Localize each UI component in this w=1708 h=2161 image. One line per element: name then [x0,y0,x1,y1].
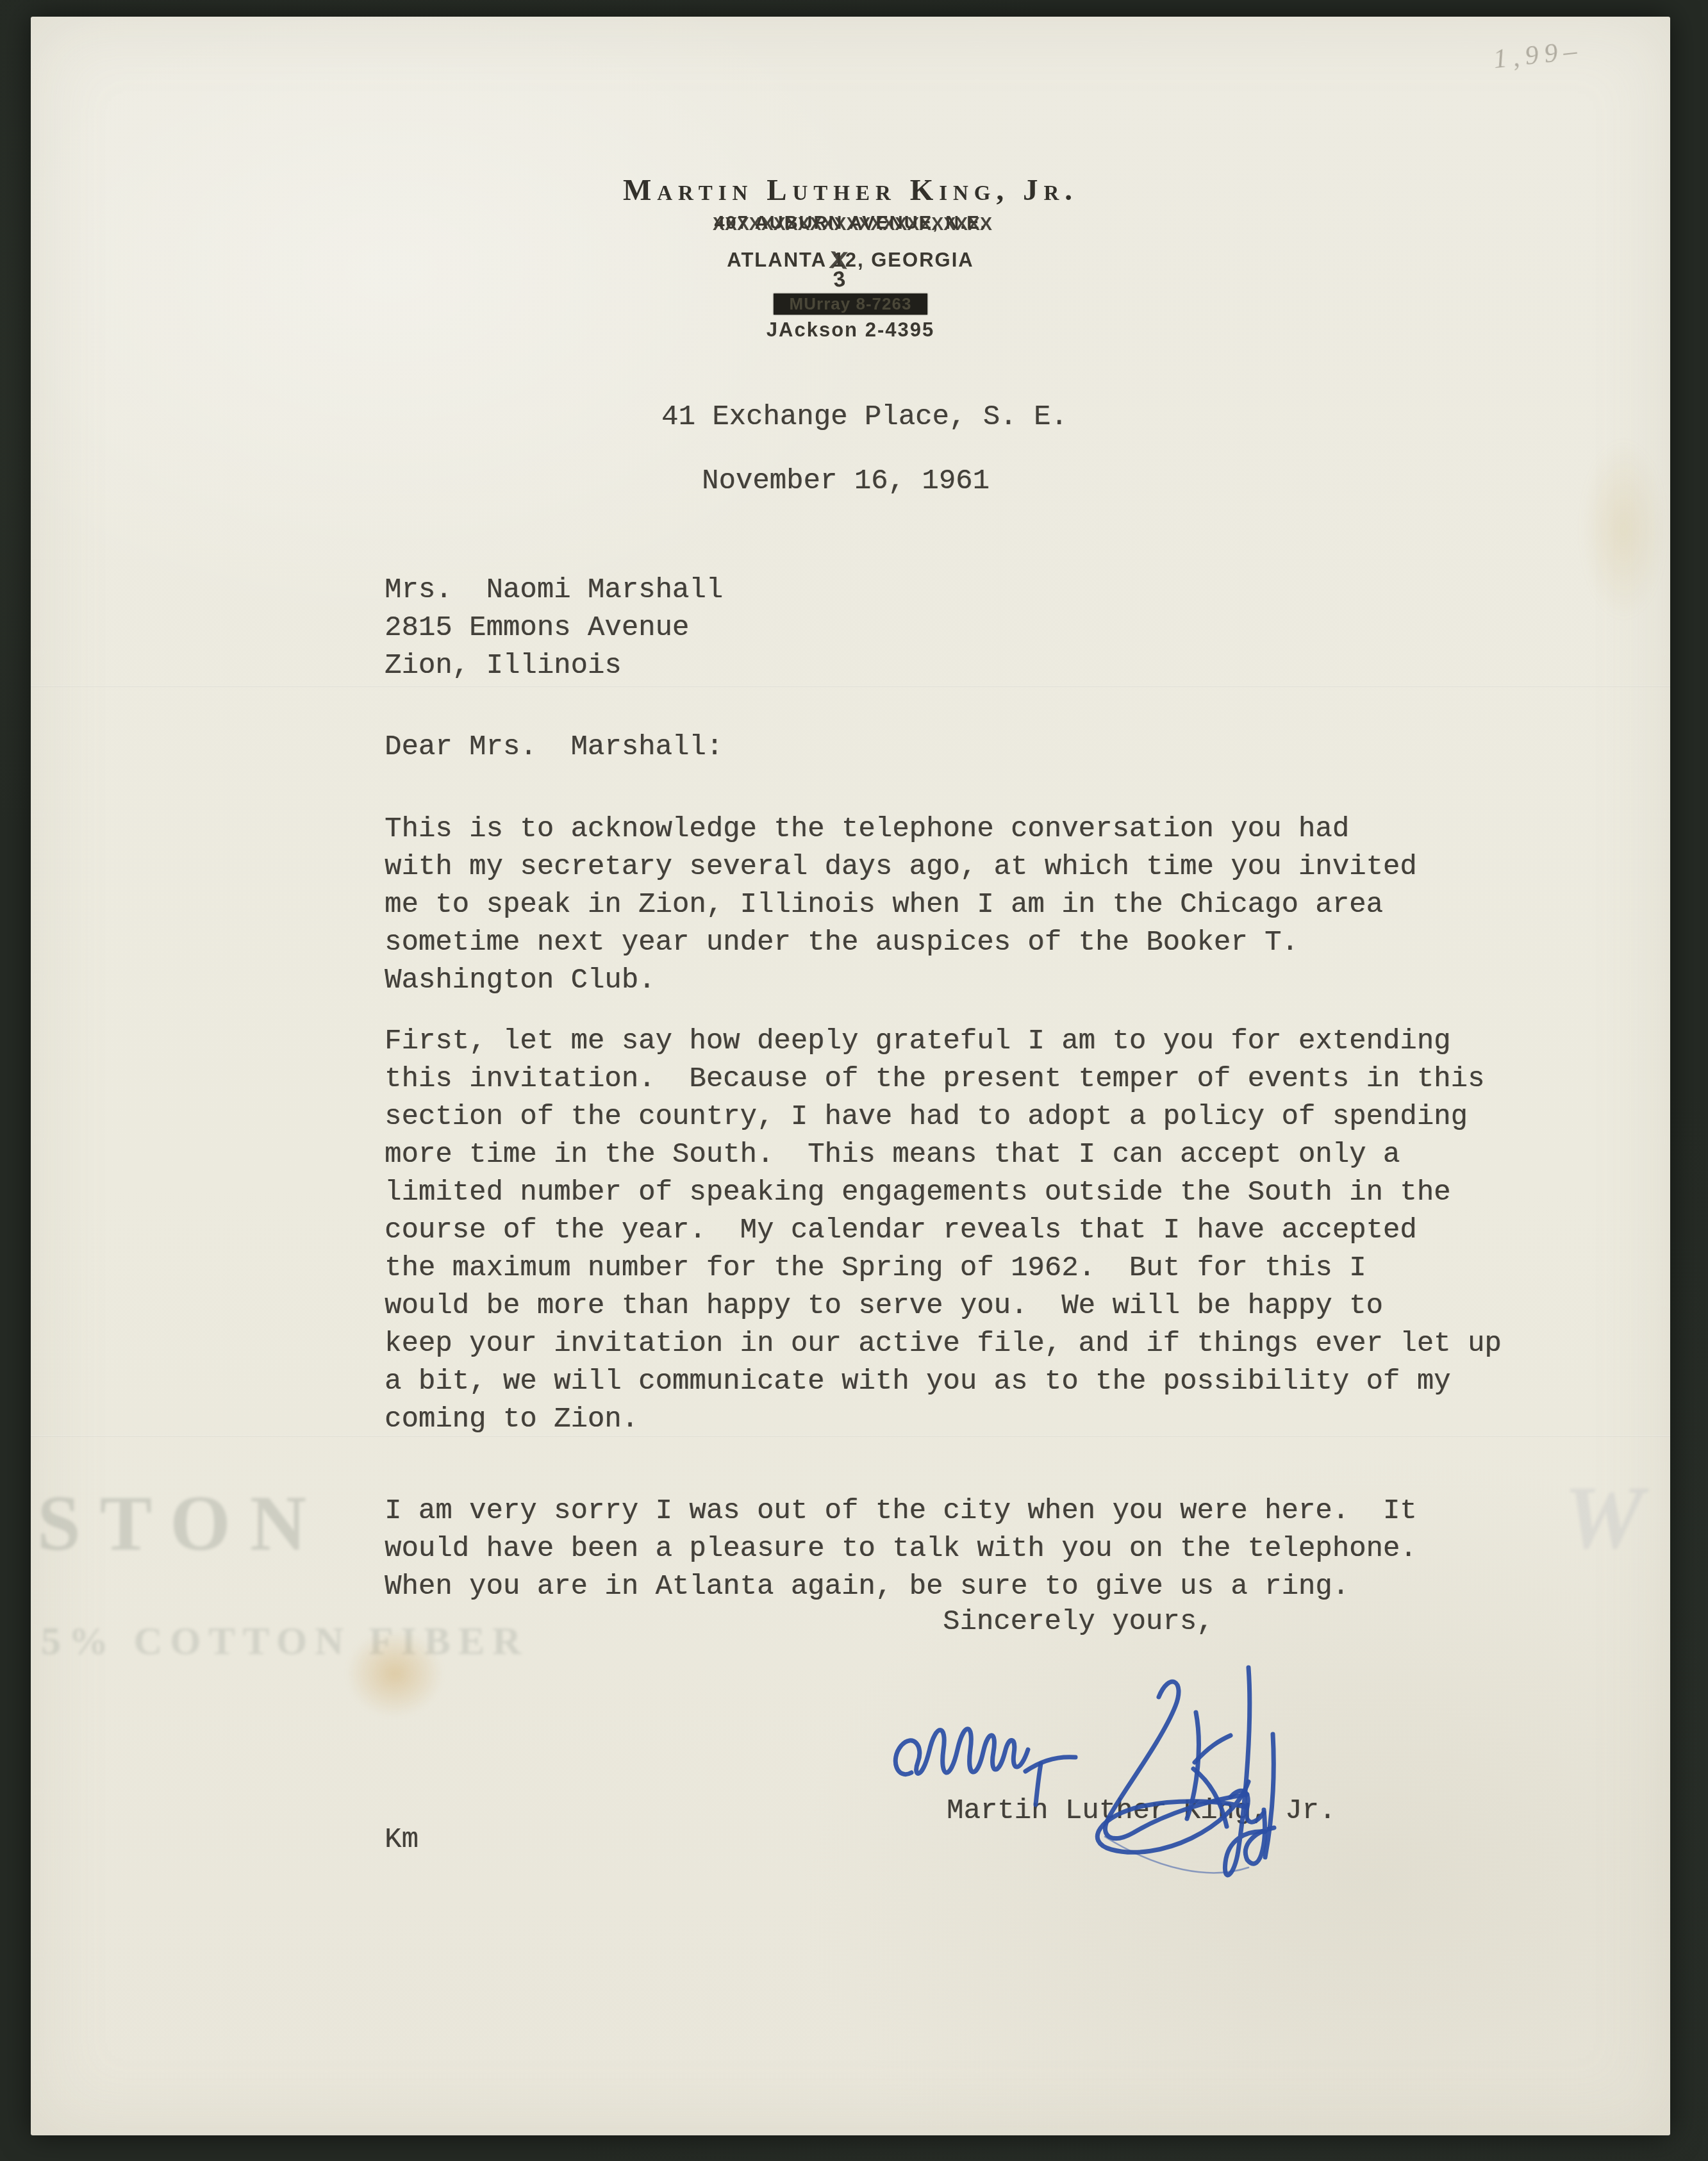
paper-stain-edge [1582,440,1665,619]
letterhead-phone: JAckson 2-4395 [31,320,1670,340]
salutation: Dear Mrs. Marshall: [385,729,723,766]
return-address: 41 Exchange Place, S. E. [661,399,1068,436]
city-line-pre: ATLANTA [727,249,833,271]
city-new-zone: 3 [832,268,847,291]
letterhead-name: Martin Luther King, Jr. [31,176,1670,206]
watermark-fragment-right: W [1564,1466,1643,1569]
body-paragraph-2: First, let me say how deeply grateful I … [385,1023,1502,1439]
body-paragraph-1: This is to acknowledge the telephone con… [385,811,1417,1000]
redaction-bar: MUrray 8-7263 [774,294,927,315]
letterhead-crossed-address: 407 AUBURN AVENUE, N.E. XXXXXXXXXXXXXXXX… [31,214,1670,233]
signature-ink [890,1644,1313,1888]
signature-svg [890,1644,1313,1888]
letter-paper: STON 5% COTTON FIBER W 1,99– Martin Luth… [31,17,1670,2135]
letterhead-city-line: ATLANTA 12X3, GEORGIA [31,250,1670,270]
city-line-post: , GEORGIA [858,249,974,271]
letter-date: November 16, 1961 [702,463,990,501]
recipient-address-block: Mrs. Naomi Marshall 2815 Emmons Avenue Z… [385,572,723,685]
scanned-letter: STON 5% COTTON FIBER W 1,99– Martin Luth… [0,0,1708,2161]
watermark-fragment-large: STON [37,1479,326,1569]
typist-initials: Km [385,1821,419,1859]
x-strikeout-overlay: XXXXXXXXXXXXXXXXXXXXXXX [713,215,988,234]
fold-crease-upper [31,686,1670,688]
pencil-note: 1,99– [1492,35,1584,75]
watermark-cotton-fiber: 5% COTTON FIBER [41,1619,529,1664]
redacted-phone-text: MUrray 8-7263 [790,294,912,313]
valediction: Sincerely yours, [943,1603,1213,1641]
body-paragraph-3: I am very sorry I was out of the city wh… [385,1493,1417,1606]
paper-stain [347,1630,443,1717]
